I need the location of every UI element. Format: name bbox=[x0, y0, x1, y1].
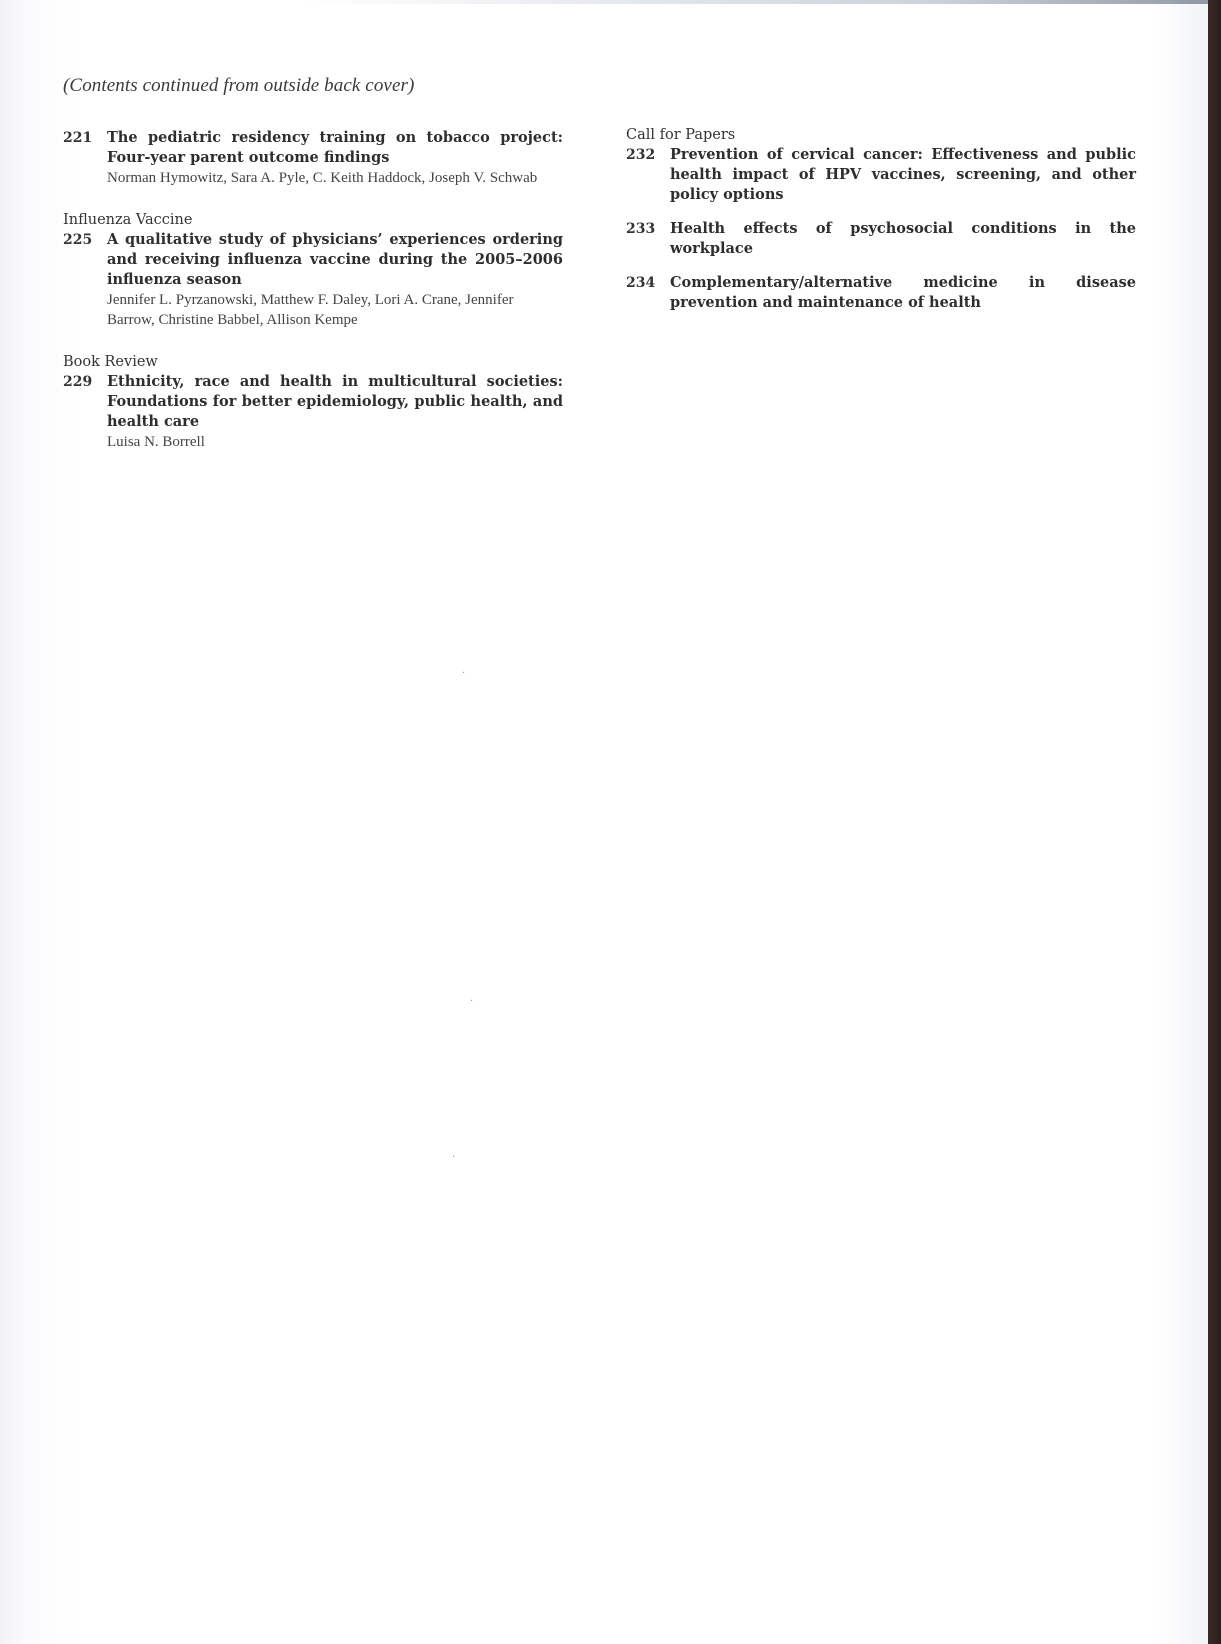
entry-page-number: 221 bbox=[63, 128, 107, 188]
entry-title: A qualitative study of physicians’ exper… bbox=[107, 230, 563, 290]
entry-title: Ethnicity, race and health in multicultu… bbox=[107, 372, 563, 432]
scan-speck: · bbox=[452, 1152, 455, 1163]
entry-authors: Luisa N. Borrell bbox=[107, 432, 563, 452]
entry-title: Health effects of psychosocial condition… bbox=[670, 219, 1136, 259]
scan-right-edge bbox=[1208, 0, 1221, 1644]
toc-entry: 233 Health effects of psychosocial condi… bbox=[626, 219, 1136, 259]
entry-page-number: 232 bbox=[626, 145, 670, 205]
scan-top-shadow bbox=[300, 0, 1208, 4]
toc-entry: 225 A qualitative study of physicians’ e… bbox=[63, 230, 563, 330]
scan-speck: · bbox=[470, 996, 473, 1007]
entry-authors: Norman Hymowitz, Sara A. Pyle, C. Keith … bbox=[107, 168, 563, 188]
scan-speck: · bbox=[462, 668, 465, 679]
entry-title: Complementary/alternative medicine in di… bbox=[670, 273, 1136, 313]
section-heading: Influenza Vaccine bbox=[63, 210, 563, 230]
entry-title: The pediatric residency training on toba… bbox=[107, 128, 563, 168]
toc-entry: 234 Complementary/alternative medicine i… bbox=[626, 273, 1136, 313]
entry-page-number: 229 bbox=[63, 372, 107, 452]
entry-page-number: 234 bbox=[626, 273, 670, 313]
toc-entry: 221 The pediatric residency training on … bbox=[63, 128, 563, 188]
entry-authors: Jennifer L. Pyrzanowski, Matthew F. Dale… bbox=[107, 290, 563, 330]
contents-left-column: 221 The pediatric residency training on … bbox=[63, 128, 563, 452]
toc-entry: 232 Prevention of cervical cancer: Effec… bbox=[626, 145, 1136, 205]
toc-entry: 229 Ethnicity, race and health in multic… bbox=[63, 372, 563, 452]
section-heading: Book Review bbox=[63, 352, 563, 372]
entry-page-number: 225 bbox=[63, 230, 107, 330]
continued-note: (Contents continued from outside back co… bbox=[63, 75, 414, 97]
contents-right-column: Call for Papers 232 Prevention of cervic… bbox=[626, 125, 1136, 313]
entry-page-number: 233 bbox=[626, 219, 670, 259]
section-heading: Call for Papers bbox=[626, 125, 1136, 145]
entry-title: Prevention of cervical cancer: Effective… bbox=[670, 145, 1136, 205]
